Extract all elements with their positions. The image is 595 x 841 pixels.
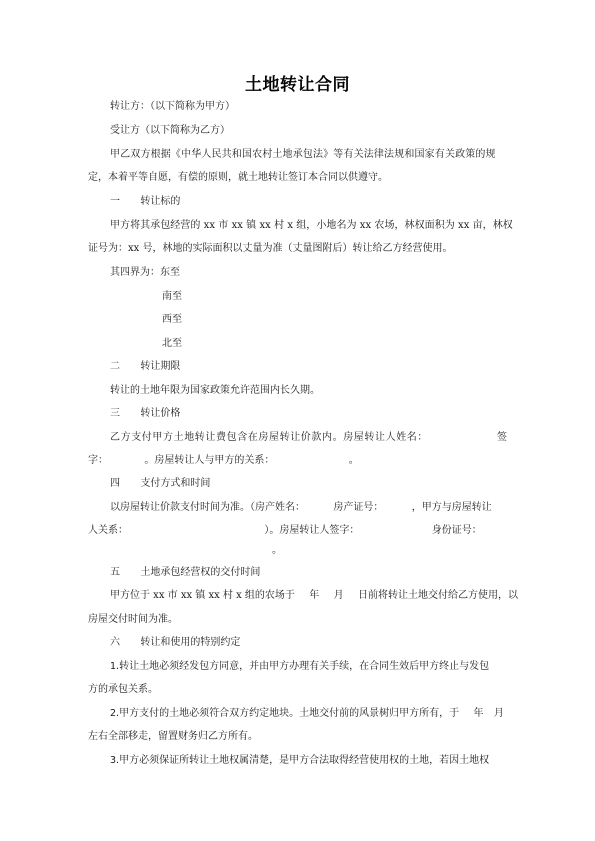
section-4-line-1: 以房屋转让价款支付时间为准。（房产姓名： 房产证号： ，甲方与房屋转让 — [110, 501, 530, 515]
section-3-line-2: 字： 。房屋转让人与甲方的关系： 。 — [88, 454, 508, 468]
section-6-number: 六 — [110, 637, 120, 648]
section-6-item-1-line-1: 1.转让土地必须经发包方同意，并由甲方办理有关手续，在合同生效后甲方终止与发包 — [110, 660, 530, 674]
section-2-number: 二 — [110, 361, 120, 372]
section-5-line-1-b: 日前将转让土地交付给乙方使用，以 — [358, 590, 518, 601]
section-4-number: 四 — [110, 478, 120, 489]
section-4-line-2-b: ）。房屋转让人签字： — [264, 525, 359, 536]
item-3-number: 3. — [110, 755, 119, 766]
section-4-line-2: 人关系： ）。房屋转让人签字： 身份证号： — [88, 524, 508, 538]
section-3-line-2-c: 。 — [349, 455, 359, 466]
section-6-title: 转让和使用的特别约定 — [140, 637, 240, 648]
document-page: 土地转让合同 转让方：（以下简称为甲方） 受让方（以下简称为乙方） 甲乙双方根据… — [0, 0, 595, 841]
boundary-east: 东至 — [160, 267, 180, 278]
item-1-text: 转让土地必须经发包方同意，并由甲方办理有关手续，在合同生效后甲方终止与发包 — [119, 661, 489, 672]
section-3-line-2-a: 字： — [88, 455, 108, 466]
section-6-heading: 六 转让和使用的特别约定 — [110, 636, 530, 650]
section-5-line-2: 房屋交付时间为准。 — [88, 613, 508, 627]
section-4-line-3: 。 — [272, 544, 595, 558]
section-1-line-1: 甲方将其承包经营的 xx 市 xx 镇 xx 村 x 组，小地名为 xx 农场，… — [110, 219, 530, 233]
section-3-heading: 三 转让价格 — [110, 407, 530, 421]
section-1-line-2: 证号为：xx 号，林地的实际面积以丈量为准（丈量图附后）转让给乙方经营使用。 — [88, 242, 508, 256]
section-3-line-1-text: 乙方支付甲方土地转让费包含在房屋转让价款内。房屋转让人姓名： — [110, 431, 428, 445]
section-2-heading: 二 转让期限 — [110, 360, 530, 374]
section-5-heading: 五 土地承包经营权的交付时间 — [110, 566, 530, 580]
section-2-title: 转让期限 — [140, 361, 180, 372]
section-1-title: 转让标的 — [140, 196, 180, 207]
section-5-month: 月 — [334, 590, 344, 601]
section-6-item-3-line-1: 3.甲方必须保证所转让土地权属清楚，是甲方合法取得经营使用权的土地，若因土地权 — [110, 754, 530, 768]
section-4-line-1-a: 以房屋转让价款支付时间为准。（房产姓名： — [110, 502, 305, 513]
section-3-line-2-b: 。房屋转让人与甲方的关系： — [144, 455, 274, 466]
boundary-south: 南至 — [162, 290, 582, 304]
transferor-line: 转让方：（以下简称为甲方） — [110, 100, 530, 114]
section-2-line-1: 转让的土地年限为国家政策允许范围内长久期。 — [110, 384, 530, 398]
section-5-line-1-a: 甲方位于 xx 市 xx 镇 xx 村 x 组的农场于 — [110, 590, 295, 601]
section-5-title: 土地承包经营权的交付时间 — [140, 567, 260, 578]
preamble-line-2: 定，本着平等自愿，有偿的原则，就土地转让签订本合同以供遵守。 — [88, 171, 508, 185]
section-1-number: 一 — [110, 196, 120, 207]
transferee-line: 受让方（以下简称为乙方） — [110, 124, 530, 138]
section-5-line-1: 甲方位于 xx 市 xx 镇 xx 村 x 组的农场于 年 月 日前将转让土地交… — [110, 589, 530, 603]
section-5-year: 年 — [309, 590, 319, 601]
section-6-item-2-line-1: 2.甲方支付的土地必须符合双方约定地块。土地交付前的风景树归甲方所有，于 年 月 — [110, 707, 530, 721]
section-1-heading: 一 转让标的 — [110, 195, 530, 209]
section-3-line-1: 乙方支付甲方土地转让费包含在房屋转让价款内。房屋转让人姓名： 签 — [110, 431, 507, 445]
section-4-line-2-c: 身份证号： — [432, 525, 482, 536]
section-4-line-1-b: 房产证号： — [333, 502, 383, 513]
boundary-west: 西至 — [162, 313, 582, 327]
section-3-title: 转让价格 — [140, 408, 180, 419]
section-4-line-2-a: 人关系： — [88, 525, 128, 536]
boundaries-east: 其四界为：东至 — [110, 266, 530, 280]
section-5-number: 五 — [110, 567, 120, 578]
section-4-heading: 四 支付方式和时间 — [110, 477, 530, 491]
section-3-line-1-sign: 签 — [497, 431, 507, 445]
item-3-text: 甲方必须保证所转让土地权属清楚，是甲方合法取得经营使用权的土地，若因土地权 — [119, 755, 489, 766]
item-2-number: 2. — [110, 708, 119, 719]
section-6-item-1-line-2: 方的承包关系。 — [88, 683, 508, 697]
document-title: 土地转让合同 — [0, 74, 595, 96]
item-2-year: 年 — [473, 708, 483, 719]
item-1-number: 1. — [110, 661, 119, 672]
section-4-title: 支付方式和时间 — [140, 478, 210, 489]
section-4-line-1-c: ，甲方与房屋转让 — [412, 502, 492, 513]
boundary-north: 北至 — [162, 337, 582, 351]
preamble-line-1: 甲乙双方根据《中华人民共和国农村土地承包法》等有关法律法规和国家有关政策的规 — [110, 148, 507, 162]
item-2-month: 月 — [494, 708, 504, 719]
section-3-number: 三 — [110, 408, 120, 419]
boundaries-label: 其四界为： — [110, 267, 160, 278]
item-2-text: 甲方支付的土地必须符合双方约定地块。土地交付前的风景树归甲方所有，于 — [119, 708, 459, 719]
section-6-item-2-line-2: 左右全部移走，留置财务归乙方所有。 — [88, 730, 508, 744]
